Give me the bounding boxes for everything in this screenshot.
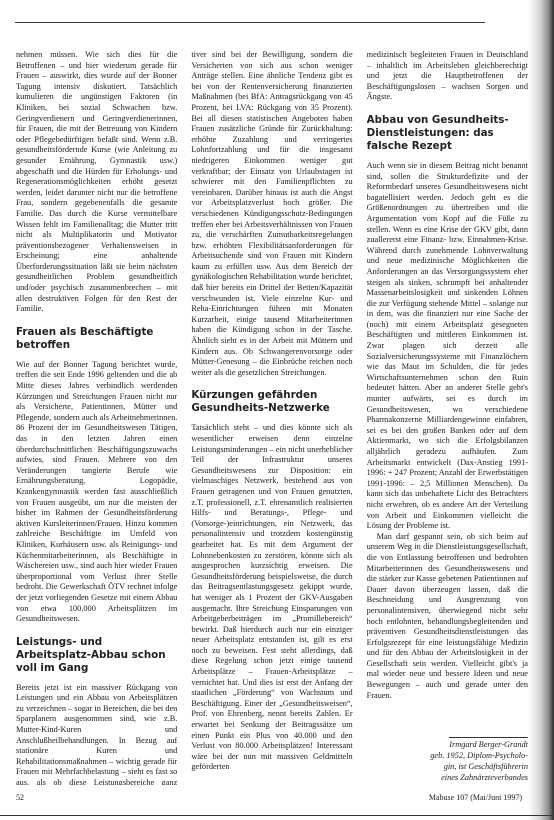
paragraph: Bereits jetzt ist ein massiver Rückgang … bbox=[16, 683, 177, 785]
section-heading: Leistungs- und Arbeitsplatz-Abbau schon … bbox=[16, 636, 177, 675]
paragraph: tiver sind bei der Bewilligung, sondern … bbox=[191, 50, 352, 378]
author-name: Irmgard Berger-Grandt bbox=[449, 737, 528, 751]
section-heading: Frauen als Beschäftigte betroffen bbox=[16, 326, 177, 352]
paragraph: Wie auf der Bonner Tagung berichtet wurd… bbox=[16, 360, 177, 625]
page-number: 52 bbox=[16, 793, 24, 802]
paragraph: nehmen müssen. Wie sich dies für die Bet… bbox=[16, 50, 177, 315]
author-bio-line: geb. 1952, Diplom-Psycholo- bbox=[430, 751, 528, 760]
paragraph: medizinisch begleiteten Frauen in Deutsc… bbox=[367, 50, 528, 103]
column-1: nehmen müssen. Wie sich dies für die Bet… bbox=[16, 50, 177, 785]
paragraph: Auch wenn sie in diesem Beitrag nicht be… bbox=[367, 161, 528, 532]
section-heading: Abbau von Gesundheits-Dienstleistungen: … bbox=[367, 114, 528, 153]
bottom-rule bbox=[0, 815, 554, 816]
author-byline: Irmgard Berger-Grandt geb. 1952, Diplom-… bbox=[367, 737, 528, 783]
column-2: tiver sind bei der Bewilligung, sondern … bbox=[191, 50, 352, 785]
paragraph: Man darf gespannt sein, ob sich beim auf… bbox=[367, 532, 528, 702]
top-rule bbox=[15, 22, 485, 23]
article-body: nehmen müssen. Wie sich dies für die Bet… bbox=[16, 50, 528, 785]
author-bio-line: gin, ist Geschäftsführerin bbox=[444, 762, 528, 771]
column-3: medizinisch begleiteten Frauen in Deutsc… bbox=[367, 50, 528, 785]
author-bio-line: eines Zahnärzteverbandes bbox=[441, 773, 528, 782]
page-edge-shadow bbox=[528, 0, 554, 820]
section-heading: Kürzungen gefährden Gesundheits-Netzwerk… bbox=[191, 389, 352, 415]
paragraph: Tatsächlich steht – und dies könnte sich… bbox=[191, 423, 352, 773]
publication-footer: Mabuse 107 (Mai/Juni 1997) bbox=[429, 793, 522, 802]
